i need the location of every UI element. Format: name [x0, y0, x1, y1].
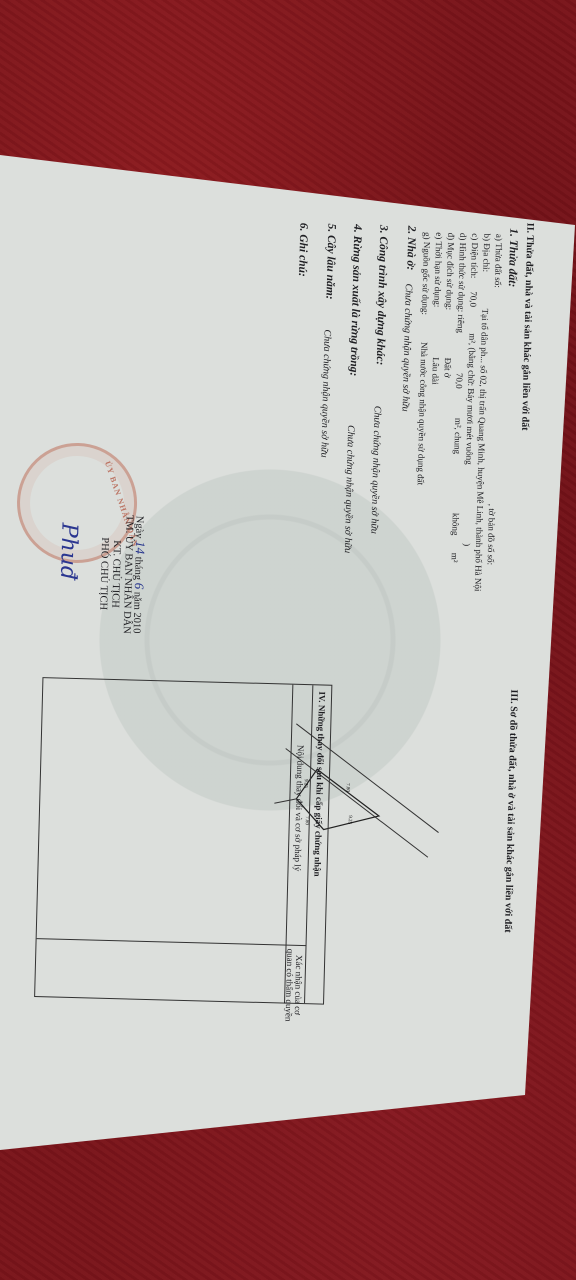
date-day-handwritten: 14: [133, 541, 148, 554]
forest-value: Chưa chứng nhận quyền sở hữu: [342, 425, 356, 553]
origin-value: Nhà nước công nhận quyền sử dụng đất: [416, 342, 430, 485]
private-area-value: 70,0: [454, 373, 464, 389]
notes-heading: 6. Ghi chú:: [296, 223, 309, 277]
section-iv-title: IV. Những thay đổi sau khi cấp giấy chứn…: [312, 691, 327, 876]
area-close-paren: ): [462, 543, 472, 546]
changes-table: IV. Những thay đổi sau khi cấp giấy chứn…: [34, 677, 332, 1004]
other-works-heading: 3. Công trình xây dựng khác:: [374, 225, 390, 366]
shared-area-unit: m²: [450, 553, 460, 563]
land-row-address: b) Địa chỉ: Tại tổ dân ph... số 02, thị …: [481, 233, 492, 272]
house-heading: 2. Nhà ở:: [404, 225, 417, 270]
plot-dim-1: 7.80: [345, 783, 350, 792]
land-row-purpose: đ) Mục đích sử dụng: Đất ở: [444, 233, 456, 311]
land-row-parcel-number: a) Thửa đất số: , tờ bản đồ số số:: [493, 234, 504, 288]
origin-label: g) Nguồn gốc sử dụng:: [420, 232, 432, 315]
address-label: b) Địa chỉ:: [481, 233, 492, 272]
land-row-term: e) Thời hạn sử dụng: Lâu dài: [432, 232, 444, 307]
land-row-area: c) Diện tích: 70,0 m², (bằng chữ: Bảy mư…: [469, 233, 480, 278]
shared-label: m², chung: [452, 418, 463, 454]
section-iii-title: III. Sơ đồ thửa đất, nhà ở và tài sản kh…: [502, 689, 519, 932]
usage-form-label: d) Hình thức sử dụng: riêng: [456, 233, 469, 333]
forest-heading: 4. Rừng sản xuất là rừng trồng:: [347, 224, 363, 376]
date-month-label: tháng: [132, 557, 144, 581]
land-row-origin: g) Nguồn gốc sử dụng: Nhà nước công nhận…: [420, 232, 432, 315]
area-value: 70,0: [468, 291, 478, 307]
plot-dim-2: 9.25: [347, 815, 352, 824]
map-sheet-label: , tờ bản đồ số số:: [486, 504, 498, 566]
area-label: c) Diện tích:: [469, 233, 480, 278]
area-in-words: m², (bằng chữ: Bảy mươi mét vuông: [464, 333, 477, 465]
changes-column-header: Nội dung thay đổi và cơ sở pháp lý: [292, 745, 305, 872]
purpose-label: đ) Mục đích sử dụng:: [444, 233, 456, 311]
parcel-number-label: a) Thửa đất số:: [493, 234, 504, 288]
term-label: e) Thời hạn sử dụng:: [432, 232, 444, 307]
house-value: Chưa chứng nhận quyền sở hữu: [400, 283, 414, 411]
land-row-usage-form: d) Hình thức sử dụng: riêng 70,0 m², chu…: [456, 233, 469, 333]
purpose-value: Đất ở: [442, 358, 453, 378]
other-works-value: Chưa chứng nhận quyền sở hữu: [368, 406, 382, 534]
perennial-heading: 5. Cây lâu năm:: [323, 223, 337, 299]
date-month-handwritten: 6: [132, 583, 147, 590]
term-value: Lâu dài: [430, 357, 441, 385]
land-heading: 1. Thửa đất:: [506, 228, 520, 287]
perennial-value: Chưa chứng nhận quyền sở hữu: [318, 329, 332, 457]
handwritten-signature: Phuđ: [55, 522, 81, 580]
certificate-page-rotated: II. Thửa đất, nhà và tài sản khác gắn li…: [0, 191, 540, 1105]
authority-column-header-2: quan có thẩm quyền: [284, 949, 296, 1022]
shared-area-value: không: [450, 513, 461, 536]
section-ii-title: II. Thửa đất, nhà và tài sản khác gắn li…: [519, 223, 535, 431]
date-prefix: Ngày: [133, 516, 145, 539]
